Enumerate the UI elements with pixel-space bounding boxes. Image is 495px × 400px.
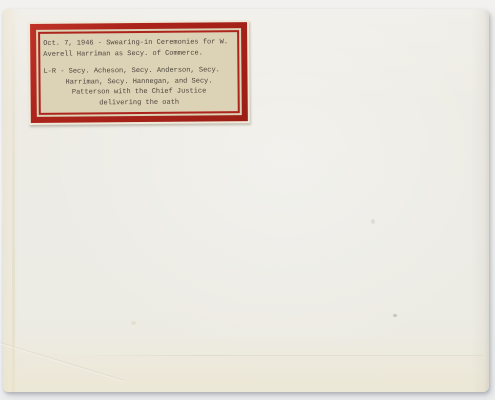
envelope-corner-crease	[0, 342, 124, 382]
dust-speck	[131, 321, 136, 325]
dust-speck	[393, 314, 397, 317]
label-border-gap: Oct. 7, 1946 - Swearing-in Ceremonies fo…	[36, 28, 242, 117]
label-red-border: Oct. 7, 1946 - Swearing-in Ceremonies fo…	[30, 22, 248, 123]
caption-line: Patterson with the Chief Justice	[44, 86, 235, 98]
caption-label: Oct. 7, 1946 - Swearing-in Ceremonies fo…	[28, 20, 250, 125]
caption-line: delivering the oath	[44, 97, 235, 109]
dust-speck	[371, 219, 375, 224]
envelope-bottom-flap-crease	[73, 355, 483, 356]
envelope-left-fold-crease	[12, 9, 15, 392]
envelope: Oct. 7, 1946 - Swearing-in Ceremonies fo…	[3, 9, 489, 392]
caption-line: Oct. 7, 1946 - Swearing-in Ceremonies fo…	[43, 37, 234, 49]
label-text-area: Oct. 7, 1946 - Swearing-in Ceremonies fo…	[38, 30, 240, 115]
caption-line: Averell Harriman as Secy. of Commerce.	[43, 48, 234, 60]
